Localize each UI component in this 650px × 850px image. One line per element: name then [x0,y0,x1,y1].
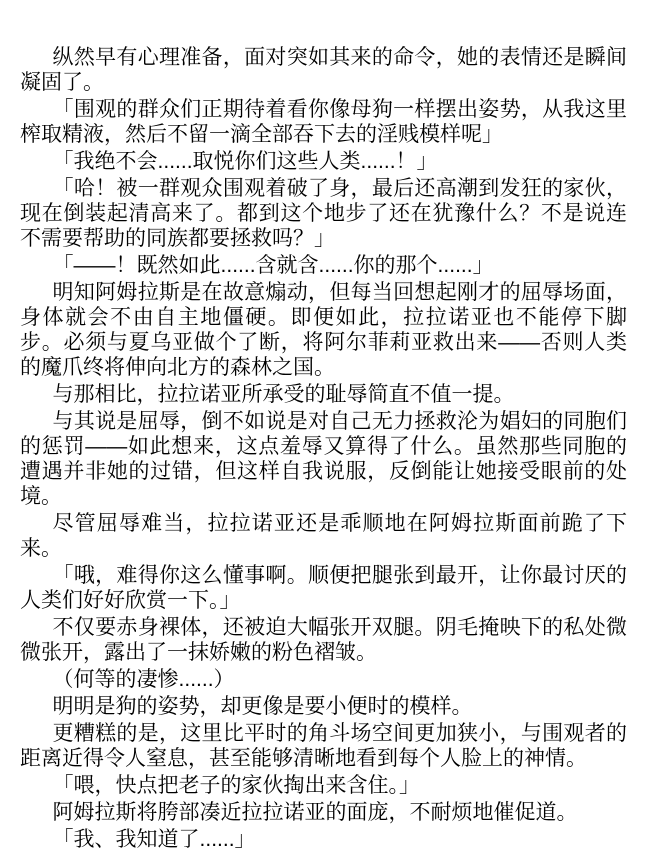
paragraph-dialogue: 「我绝不会......取悦你们这些人类......！」 [20,149,627,174]
paragraph-dialogue: 「哈！被一群观众围观着破了身，最后还高潮到发狂的家伙，现在倒装起清高来了。都到这… [20,176,627,251]
document-page: 纵然早有心理准备，面对突如其来的命令，她的表情还是瞬间凝固了。 「围观的群众们正… [0,0,650,850]
paragraph-dialogue: 「——！既然如此......含就含......你的那个......」 [20,253,627,278]
paragraph: 纵然早有心理准备，面对突如其来的命令，她的表情还是瞬间凝固了。 [20,45,627,95]
paragraph: 尽管屈辱难当，拉拉诺亚还是乖顺地在阿姆拉斯面前跪了下来。 [20,511,627,561]
paragraph-dialogue: 「哦，难得你这么懂事啊。顺便把腿张到最开，让你最讨厌的人类们好好欣赏一下。」 [20,563,627,613]
paragraph-dialogue: 「围观的群众们正期待着看你像母狗一样摆出姿势，从我这里榨取精液，然后不留一滴全部… [20,97,627,147]
paragraph: 与其说是屈辱，倒不如说是对自己无力拯救沦为娼妇的同胞们的惩罚——如此想来，这点羞… [20,409,627,509]
paragraph: 明知阿姆拉斯是在故意煽动，但每当回想起刚才的屈辱场面，身体就会不由自主地僵硬。即… [20,280,627,380]
paragraph: 明明是狗的姿势，却更像是要小便时的模样。 [20,694,627,719]
paragraph-dialogue: 「喂，快点把老子的家伙掏出来含住。」 [20,773,627,798]
paragraph-inner-thought: （何等的凄惨......） [20,667,627,692]
paragraph-dialogue: 「我、我知道了......」 [20,827,627,850]
paragraph: 不仅要赤身裸体，还被迫大幅张开双腿。阴毛掩映下的私处微微张开，露出了一抹娇嫩的粉… [20,615,627,665]
paragraph: 更糟糕的是，这里比平时的角斗场空间更加狭小，与围观者的距离近得令人窒息，甚至能够… [20,721,627,771]
paragraph: 与那相比，拉拉诺亚所承受的耻辱简直不值一提。 [20,382,627,407]
paragraph: 阿姆拉斯将胯部凑近拉拉诺亚的面庞，不耐烦地催促道。 [20,800,627,825]
